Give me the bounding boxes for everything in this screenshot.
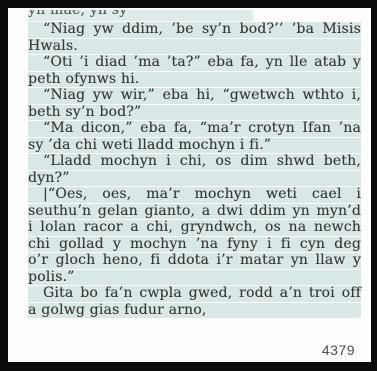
text-line-content: yn mae, yn sy <box>28 10 253 19</box>
text-line-content: Hwals. <box>28 38 78 54</box>
text-line: dyn?” <box>28 171 361 187</box>
text-line-content: |“Oes, oes, ma’r mochyn weti cael i <box>43 186 361 202</box>
text-line-content: “Ma dicon,” eba fa, “ma’r crotyn Ifan ’n… <box>43 120 361 136</box>
text-line: Hwals. <box>28 39 361 55</box>
text-line: beth sy’n bod?” <box>28 105 361 121</box>
text-line-content: Gita bo fa’n cwpla gwed, rodd a’n troi o… <box>43 285 361 301</box>
text-line: a golwg gias fudur arno, <box>28 303 361 319</box>
text-line-content: “Niag yw wir,” eba hi, “gwetwch wthto i, <box>43 87 361 103</box>
text-line: peth ofynws hi. <box>28 72 361 88</box>
text-line: o’r gloch heno, fi ddota i’r matar yn ll… <box>28 253 361 269</box>
text-line-content: peth ofynws hi. <box>28 71 139 87</box>
text-line: “Lladd mochyn i chi, os dim shwd beth, <box>28 154 361 170</box>
text-line-content: “Niag yw ddim, ’be sy’n bod?’’ ’ba Misis <box>43 21 361 37</box>
text-line: Gita bo fa’n cwpla gwed, rodd a’n troi o… <box>28 286 361 302</box>
catalog-number: 4379 <box>322 342 355 358</box>
text-line-content: dyn?” <box>28 170 70 186</box>
text-line: “Ma dicon,” eba fa, “ma’r crotyn Ifan ’n… <box>28 121 361 137</box>
text-line: “Niag yw wir,” eba hi, “gwetwch wthto i, <box>28 88 361 104</box>
text-line-content: chi gollad y mochyn ’na fyny i fi cyn de… <box>28 236 361 252</box>
text-line-content: beth sy’n bod?” <box>28 104 141 120</box>
text-line-content: sy ’da chi weti lladd mochyn i fi.” <box>28 137 271 153</box>
text-line-content: “Oti ’i diad ’ma ’ta?” eba fa, yn lle at… <box>43 54 361 70</box>
text-line-content: seuthu’n gelan gianto, a dwi ddim yn myn… <box>28 203 361 219</box>
text-block: yn mae, yn sy“Niag yw ddim, ’be sy’n bod… <box>28 10 361 319</box>
text-line: seuthu’n gelan gianto, a dwi ddim yn myn… <box>28 204 361 220</box>
text-line: sy ’da chi weti lladd mochyn i fi.” <box>28 138 361 154</box>
text-line: “Oti ’i diad ’ma ’ta?” eba fa, yn lle at… <box>28 55 361 71</box>
text-line: “Niag yw ddim, ’be sy’n bod?’’ ’ba Misis <box>28 22 361 38</box>
text-line: |“Oes, oes, ma’r mochyn weti cael i <box>28 187 361 203</box>
text-line-partial: yn mae, yn sy <box>28 10 253 21</box>
scanned-page: yn mae, yn sy“Niag yw ddim, ’be sy’n bod… <box>0 0 377 371</box>
text-line: polis.” <box>28 270 361 286</box>
text-line: chi gollad y mochyn ’na fyny i fi cyn de… <box>28 237 361 253</box>
text-line-content: polis.” <box>28 269 75 285</box>
text-line: i lolan racor a chi, gryndwch, os na new… <box>28 220 361 236</box>
text-line-content: “Lladd mochyn i chi, os dim shwd beth, <box>43 153 361 169</box>
text-line-content: o’r gloch heno, fi ddota i’r matar yn ll… <box>28 252 361 268</box>
text-line-content: i lolan racor a chi, gryndwch, os na new… <box>28 219 361 235</box>
text-line-content: a golwg gias fudur arno, <box>28 302 207 318</box>
